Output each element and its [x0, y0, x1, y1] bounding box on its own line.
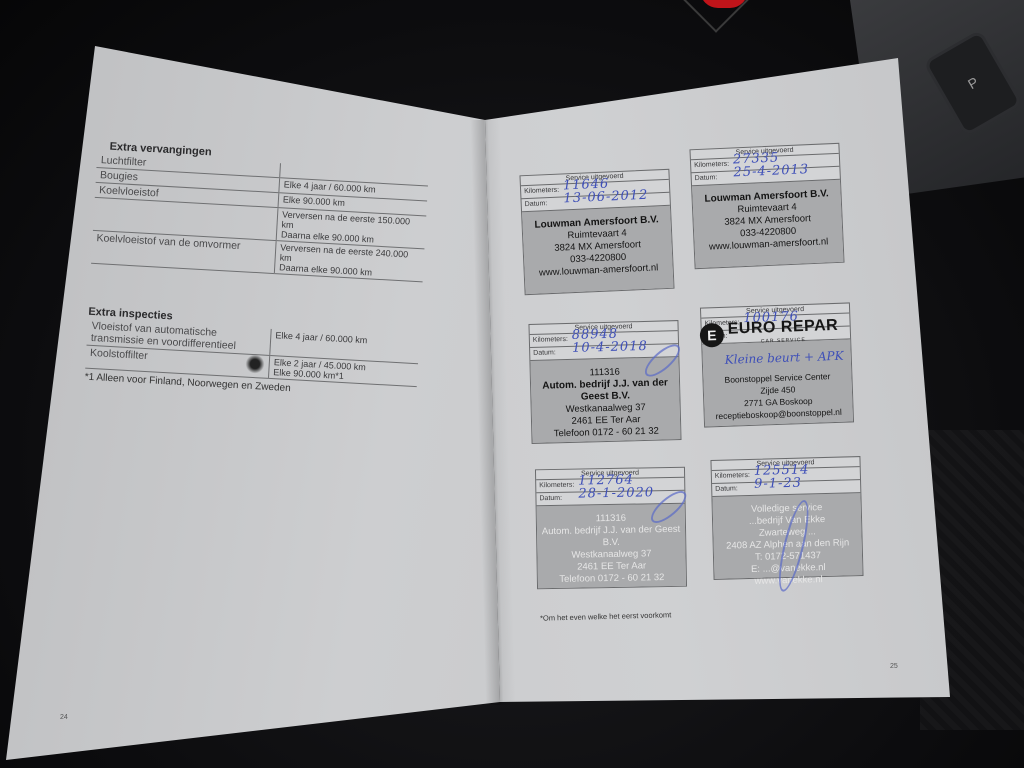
field-label: Datum: — [715, 485, 738, 493]
service-record-card: Service uitgevoerdKilometers:27335Datum:… — [689, 143, 844, 269]
page-number-right: 25 — [890, 663, 898, 670]
stamp-line: Telefoon 0172 - 60 21 32 — [532, 425, 680, 441]
eurorepar-logo-icon: E — [700, 323, 725, 348]
page-number-left: 24 — [60, 714, 68, 721]
handwritten-value: 13-06-2012 — [563, 190, 648, 206]
dealer-stamp: EEURO REPARCAR SERVICEKleine beurt + APK… — [702, 339, 853, 426]
field-label: Datum: — [539, 495, 562, 502]
dealer-stamp: Louwman Amersfoort B.V.Ruimtevaart 43824… — [522, 206, 673, 294]
handwritten-value: 10-4-2018 — [572, 341, 648, 355]
field-label: Kilometers: — [533, 336, 568, 344]
ink-smudge — [245, 352, 265, 376]
stamp-line: Telefoon 0172 - 60 21 32 — [538, 572, 686, 587]
handwritten-value: 28-1-2020 — [578, 487, 654, 500]
field-label: Datum: — [525, 200, 548, 208]
stamp-line: Autom. bedrijf J.J. van der Geest B.V. — [537, 524, 685, 551]
field-label: Datum: — [533, 349, 556, 357]
right-footnote: *Om het even welke het eerst voorkomt — [540, 610, 672, 622]
field-label: Kilometers: — [524, 187, 559, 196]
field-label: Kilometers: — [694, 161, 729, 170]
extra-replacements-table: LuchtfilterBougiesElke 4 jaar / 60.000 k… — [91, 153, 429, 282]
handwritten-value: 25-4-2013 — [733, 164, 809, 179]
field-label: Datum: — [695, 174, 718, 182]
service-record-card: Service uitgevoerdKilometers:11646Datum:… — [519, 169, 674, 295]
service-record-card: Service uitgevoerdKilometers:100176Datum… — [700, 302, 854, 427]
handwritten-note: Kleine beurt + APK — [725, 350, 844, 366]
service-record-card: Service uitgevoerdKilometers:125514Datum… — [710, 456, 863, 580]
dealer-stamp: Louwman Amersfoort B.V.Ruimtevaart 43824… — [692, 180, 843, 268]
service-record-card: Service uitgevoerdKilometers:112764Datum… — [535, 467, 687, 590]
handwritten-value: 9-1-23 — [754, 478, 802, 491]
field-label: Kilometers: — [539, 482, 574, 490]
eurorepar-logo: EEURO REPARCAR SERVICE — [699, 317, 860, 349]
service-record-card: Service uitgevoerdKilometers:88948Datum:… — [528, 320, 681, 444]
field-label: Kilometers: — [715, 472, 750, 480]
